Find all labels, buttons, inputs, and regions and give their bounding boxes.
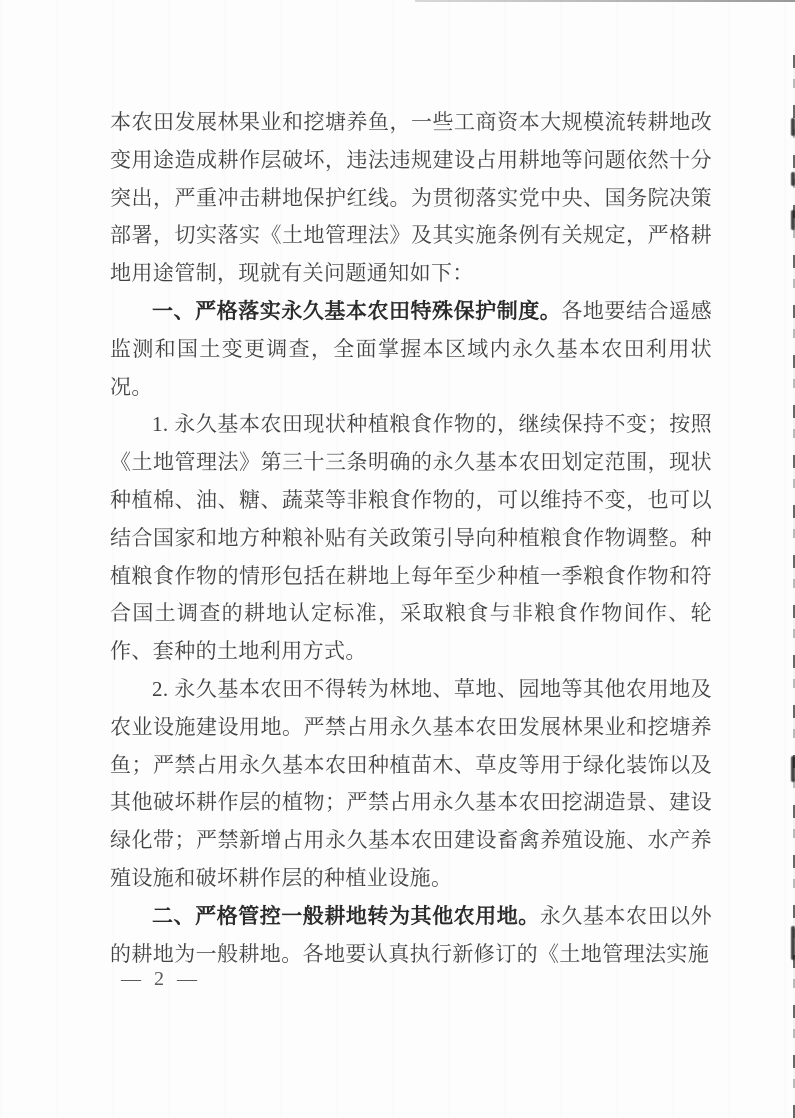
scan-artifact-smudge xyxy=(791,118,795,136)
paragraph-item-1: 1. 永久基本农田现状种植粮食作物的，继续保持不变；按照《土地管理法》第三十三条… xyxy=(110,406,712,671)
page-number: — 2 — xyxy=(121,968,201,991)
section-2-heading: 二、严格管控一般耕地转为其他农用地。 xyxy=(152,905,540,928)
paragraph-section-1: 一、严格落实永久基本农田特殊保护制度。各地要结合遥感监测和国土变更调查，全面掌握… xyxy=(110,293,712,406)
scan-artifact-smudge xyxy=(791,926,795,960)
document-body: 本农田发展林果业和挖塘养鱼，一些工商资本大规模流转耕地改变用途造成耕作层破坏，违… xyxy=(110,104,712,973)
scan-artifact-top-edge xyxy=(415,0,795,2)
section-1-heading: 一、严格落实永久基本农田特殊保护制度。 xyxy=(152,300,561,323)
paragraph-continuation: 本农田发展林果业和挖塘养鱼，一些工商资本大规模流转耕地改变用途造成耕作层破坏，违… xyxy=(110,104,712,293)
scan-artifact-smudge xyxy=(791,172,795,186)
paragraph-section-2: 二、严格管控一般耕地转为其他农用地。永久基本农田以外的耕地为一般耕地。各地要认真… xyxy=(110,898,712,974)
scan-artifact-smudge xyxy=(791,210,795,230)
scan-artifact-smudge xyxy=(791,756,795,782)
paragraph-item-2: 2. 永久基本农田不得转为林地、草地、园地等其他农用地及农业设施建设用地。严禁占… xyxy=(110,671,712,898)
